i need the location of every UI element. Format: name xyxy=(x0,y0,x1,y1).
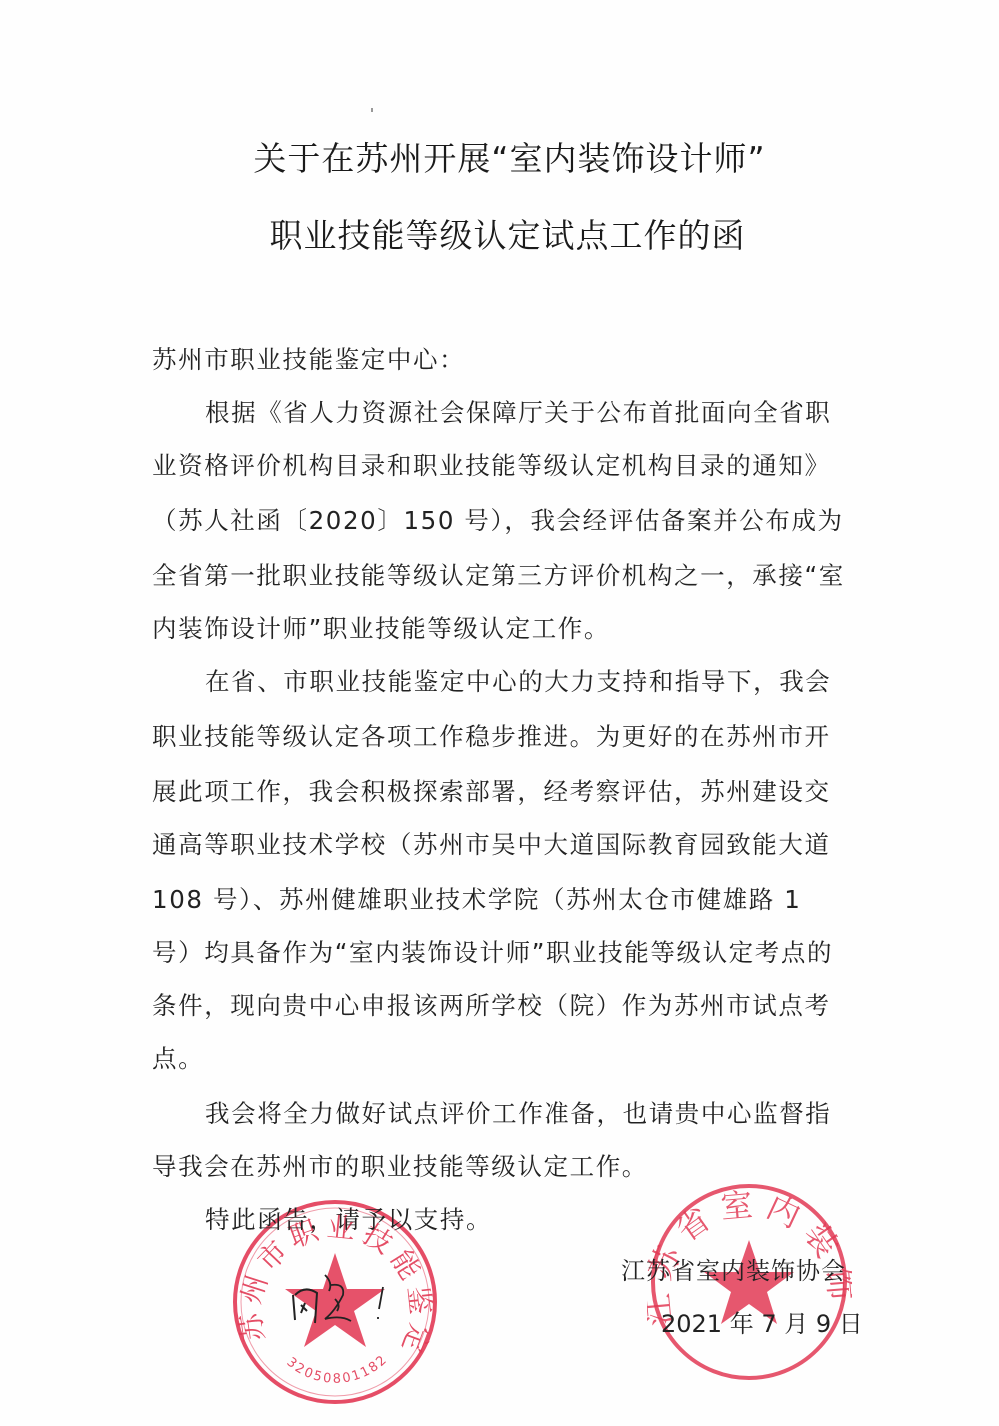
body-line: 职业技能等级认定各项工作稳步推进。为更好的在苏州市开 xyxy=(152,718,872,753)
body-line: 我会将全力做好试点评价工作准备，也请贵中心监督指 xyxy=(205,1095,925,1130)
body-line: 点。 xyxy=(152,1040,872,1075)
salutation: 苏州市职业技能鉴定中心： xyxy=(152,341,872,376)
body-line: 号）均具备作为“室内装饰设计师”职业技能等级认定考点的 xyxy=(152,934,872,969)
body-line: 展此项工作，我会积极探索部署，经考察评估，苏州建设交 xyxy=(152,773,872,808)
body-line: 内装饰设计师”职业技能等级认定工作。 xyxy=(152,610,872,645)
document-title-line-1: 关于在苏州开展“室内装饰设计师” xyxy=(10,133,999,180)
document-page: 关于在苏州开展“室内装饰设计师” 职业技能等级认定试点工作的函 苏州市职业技能鉴… xyxy=(0,0,999,1426)
body-line: 108 号）、苏州健雄职业技术学院（苏州太仓市健雄路 1 xyxy=(152,881,872,916)
closing-line: 特此函告，请予以支持。 xyxy=(205,1201,925,1236)
signing-date: 2021 年 7 月 9 日 xyxy=(661,1304,863,1339)
body-line: 业资格评价机构目录和职业技能等级认定机构目录的通知》 xyxy=(152,447,872,482)
body-line: 条件，现向贵中心申报该两所学校（院）作为苏州市试点考 xyxy=(152,987,872,1022)
body-line: 在省、市职业技能鉴定中心的大力支持和指导下，我会 xyxy=(205,663,925,698)
scan-speck xyxy=(371,108,373,112)
body-line: 全省第一批职业技能等级认定第三方评价机构之一，承接“室 xyxy=(152,557,872,592)
body-line: 通高等职业技术学校（苏州市吴中大道国际教育园致能大道 xyxy=(152,826,872,861)
body-line: 根据《省人力资源社会保障厅关于公布首批面向全省职 xyxy=(205,394,925,429)
signing-organization: 江苏省室内装饰协会 xyxy=(621,1251,846,1286)
document-title-line-2: 职业技能等级认定试点工作的函 xyxy=(8,210,999,257)
body-line: 导我会在苏州市的职业技能等级认定工作。 xyxy=(152,1148,872,1183)
body-line: （苏人社函〔2020〕150 号），我会经评估备案并公布成为 xyxy=(152,502,872,537)
handwritten-signature xyxy=(285,1265,415,1335)
